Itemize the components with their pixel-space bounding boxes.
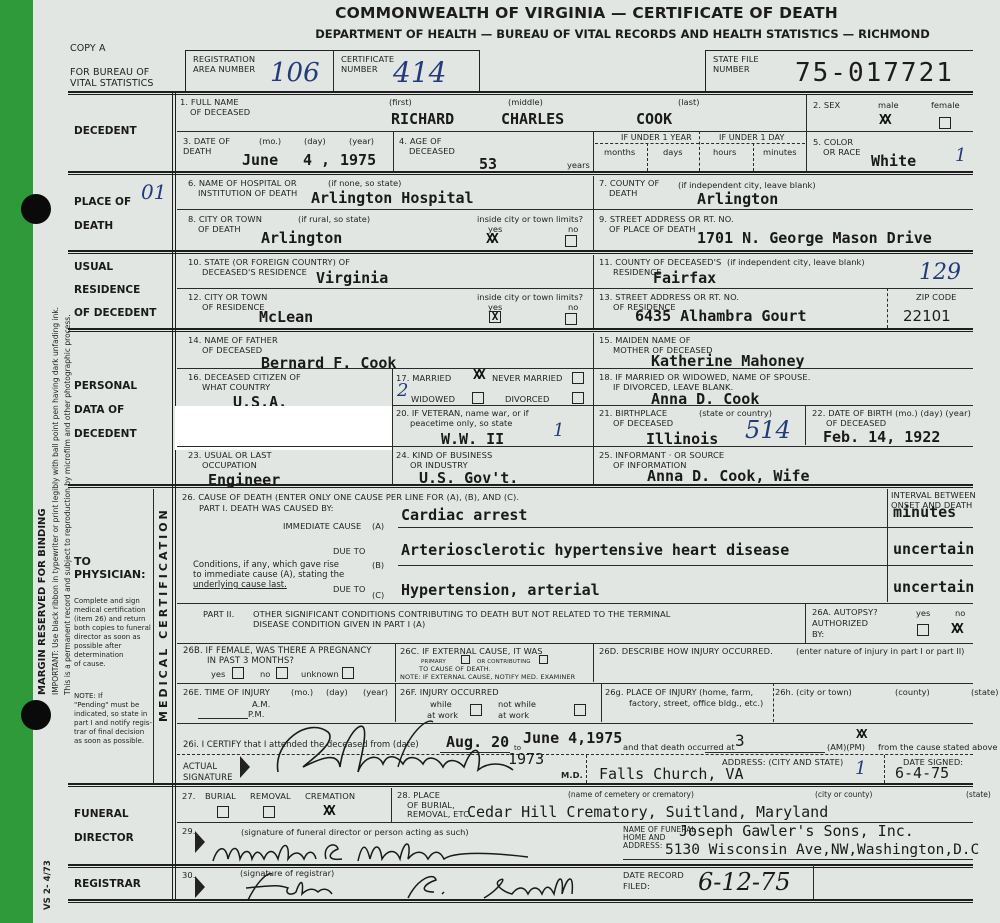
section-residence: RESIDENCE bbox=[74, 284, 140, 296]
autopsy-no-label: no bbox=[955, 608, 965, 618]
field-24-label: 24. KIND OF BUSINESSOR INDUSTRY bbox=[396, 450, 492, 470]
birth-date: Feb. 14, 1922 bbox=[823, 428, 940, 446]
registrar-signature bbox=[238, 870, 578, 902]
cemetery-hint: (name of cemetery or crematory) bbox=[568, 790, 694, 800]
residence-county: Fairfax bbox=[653, 269, 716, 287]
field-12-label: 12. CITY OR TOWNOF RESIDENCE bbox=[188, 292, 267, 312]
middle-name: CHARLES bbox=[501, 110, 564, 128]
section-usual: USUAL bbox=[74, 261, 113, 273]
married-checkbox[interactable]: XX bbox=[473, 368, 483, 383]
residence-inside-no-checkbox[interactable] bbox=[565, 313, 577, 325]
removal-label: REMOVAL bbox=[250, 791, 291, 801]
cause-b-marker: (B) bbox=[372, 560, 384, 570]
hours-label: hours bbox=[713, 147, 736, 157]
conditions-note: Conditions, if any, which gave riseto im… bbox=[193, 560, 344, 590]
burial-checkbox[interactable] bbox=[217, 806, 229, 818]
copy-for-label: FOR BUREAU OFVITAL STATISTICS bbox=[70, 67, 154, 89]
under-1-year-label: IF UNDER 1 YEAR bbox=[621, 133, 692, 143]
field-16-label: 16. DECEASED CITIZEN OFWHAT COUNTRY bbox=[188, 372, 301, 392]
pregnancy-unknown-checkbox[interactable] bbox=[342, 667, 354, 679]
date-filed-label: DATE RECORDFILED: bbox=[623, 870, 684, 892]
divorced-label: DIVORCED bbox=[505, 394, 549, 404]
widowed-label: WIDOWED bbox=[411, 394, 455, 404]
divorced-checkbox[interactable] bbox=[572, 392, 584, 404]
death-year: 1975 bbox=[340, 151, 376, 169]
years-label: years bbox=[567, 160, 590, 170]
inside-limits-label: inside city or town limits? bbox=[477, 214, 583, 224]
first-name-hint: (first) bbox=[389, 97, 412, 107]
pregnancy-yes-checkbox[interactable] bbox=[232, 667, 244, 679]
cause-b: Arteriosclerotic hypertensive heart dise… bbox=[401, 541, 789, 559]
field-7-hint: (if independent city, leave blank) bbox=[678, 180, 816, 190]
residence-inside-limits-label: inside city or town limits? bbox=[477, 292, 583, 302]
state-file-number: 75-017721 bbox=[795, 58, 954, 88]
informant: Anna D. Cook, Wife bbox=[647, 467, 810, 485]
autopsy-yes-label: yes bbox=[916, 608, 930, 618]
pending-note: NOTE: If"Pending" must beindicated, so s… bbox=[74, 692, 152, 746]
field-26d-hint: (enter nature of injury in part I or par… bbox=[796, 646, 964, 656]
contributing-checkbox[interactable] bbox=[539, 655, 548, 664]
state-file-label: STATE FILENUMBER bbox=[713, 54, 759, 74]
field-8-hint: (if rural, so state) bbox=[298, 214, 370, 224]
death-county: Arlington bbox=[697, 190, 778, 208]
binding-strip bbox=[0, 0, 33, 923]
pregnancy-unknown-label: unknown bbox=[301, 669, 339, 679]
hospital-name: Arlington Hospital bbox=[311, 189, 474, 207]
race: White bbox=[871, 152, 916, 170]
veteran-code: 1 bbox=[553, 420, 564, 441]
pregnancy-no-checkbox[interactable] bbox=[276, 667, 288, 679]
section-place-of-death: PLACE OF bbox=[74, 196, 131, 208]
physician-address: Falls Church, VA bbox=[599, 765, 744, 783]
section-decedent-2: DECEDENT bbox=[74, 428, 137, 440]
cause-a: Cardiac arrest bbox=[401, 506, 527, 524]
never-married-checkbox[interactable] bbox=[572, 372, 584, 384]
funeral-home-address: 5130 Wisconsin Ave,NW,Washington,D.C bbox=[665, 842, 979, 858]
am-label: A.M. bbox=[252, 699, 270, 709]
registration-number: 106 bbox=[270, 58, 320, 88]
due-to-c-label: DUE TO bbox=[333, 584, 366, 594]
certificate-title: COMMONWEALTH OF VIRGINIA — CERTIFICATE O… bbox=[33, 4, 1000, 22]
race-code: 1 bbox=[955, 145, 966, 166]
field-5-label: 5. COLOROR RACE bbox=[813, 137, 861, 157]
field-26b-label: 26b. IF FEMALE, WAS THERE A PREGNANCYIN … bbox=[183, 646, 372, 666]
age-years: 53 bbox=[479, 155, 497, 173]
pregnancy-yes-label: yes bbox=[211, 669, 225, 679]
field-11-hint: (if independent city, leave blank) bbox=[727, 257, 865, 267]
day-hint: (day) bbox=[304, 136, 326, 146]
due-to-b-label: DUE TO bbox=[333, 546, 366, 556]
field-26g-label: 26g. PLACE OF INJURY (home, farm,factory… bbox=[605, 687, 763, 709]
occupation: Engineer bbox=[208, 471, 280, 489]
date-filed: 6-12-75 bbox=[698, 868, 791, 896]
certificate-subtitle: DEPARTMENT OF HEALTH — BUREAU OF VITAL R… bbox=[33, 27, 1000, 41]
middle-name-hint: (middle) bbox=[508, 97, 543, 107]
punch-hole bbox=[21, 194, 51, 224]
redacted-field bbox=[175, 406, 392, 450]
field-18-label: 18. IF MARRIED OR WIDOWED, NAME OF SPOUS… bbox=[599, 372, 810, 392]
death-month: June bbox=[242, 151, 278, 169]
part-2-text: OTHER SIGNIFICANT CONDITIONS CONTRIBUTIN… bbox=[253, 609, 671, 629]
section-physician: PHYSICIAN: bbox=[74, 568, 146, 581]
field-26-label: 26. CAUSE OF DEATH (Enter only one cause… bbox=[182, 492, 519, 502]
cremation-checkbox[interactable]: XX bbox=[323, 804, 333, 819]
section-registrar: REGISTRAR bbox=[74, 878, 141, 890]
field-2-label: 2. SEX bbox=[813, 100, 840, 110]
section-of-decedent: OF DECEDENT bbox=[74, 307, 156, 319]
inside-limits-no-checkbox[interactable] bbox=[565, 235, 577, 247]
death-occurred-label: and that death occurred at bbox=[623, 742, 735, 752]
removal-checkbox[interactable] bbox=[263, 806, 275, 818]
mo-hint: (mo.) bbox=[259, 136, 281, 146]
death-city: Arlington bbox=[261, 229, 342, 247]
male-label: male bbox=[878, 100, 899, 110]
field-6-hint: (if none, so state) bbox=[328, 178, 401, 188]
immediate-cause-label: IMMEDIATE CAUSE bbox=[283, 521, 361, 531]
days-label: days bbox=[663, 147, 683, 157]
punch-hole bbox=[21, 700, 51, 730]
date-signed: 6-4-75 bbox=[895, 764, 949, 782]
father-name: Bernard F. Cook bbox=[261, 354, 396, 372]
physician-signature bbox=[268, 712, 528, 782]
sex-male-checkbox[interactable]: XX bbox=[879, 113, 889, 128]
residence-county-code: 129 bbox=[919, 260, 961, 285]
injury-year-hint: (year) bbox=[363, 687, 388, 697]
cremation-label: CREMATION bbox=[305, 791, 355, 801]
attended-to-date: June 4,1975 bbox=[523, 729, 622, 747]
funeral-home-name: Joseph Gawler's Sons, Inc. bbox=[679, 822, 914, 840]
registrar-signature-arrow-icon bbox=[195, 876, 205, 898]
section-data-of: DATA OF bbox=[74, 404, 124, 416]
cause-a-marker: (A) bbox=[372, 521, 384, 531]
months-label: months bbox=[604, 147, 635, 157]
zip-label: ZIP CODE bbox=[916, 292, 957, 302]
section-funeral: FUNERAL bbox=[74, 808, 129, 820]
field-21-label: 21. BIRTHPLACEOF DECEASED bbox=[599, 408, 673, 428]
under-1-day-label: IF UNDER 1 DAY bbox=[719, 133, 784, 143]
field-1-label: 1. FULL NAMEOF DECEASED bbox=[180, 97, 250, 117]
last-name: COOK bbox=[636, 110, 672, 128]
female-label: female bbox=[931, 100, 960, 110]
field-29-label: 29. bbox=[182, 826, 196, 836]
md-label: M.D. bbox=[561, 770, 583, 780]
not-while-at-work-checkbox[interactable] bbox=[574, 704, 586, 716]
field-7-label: 7. COUNTY OFDEATH bbox=[599, 178, 659, 198]
notify-examiner-note: NOTE: IF EXTERNAL CAUSE, NOTIFY MED. EXA… bbox=[400, 673, 575, 681]
state-hint: (state) bbox=[966, 790, 991, 800]
death-time: 3 bbox=[735, 731, 745, 750]
margin-important-note: IMPORTANT: Use black ribbon in typewrite… bbox=[51, 307, 61, 695]
medical-certification-label: MEDICAL CERTIFICATION bbox=[157, 507, 170, 722]
burial-label: BURIAL bbox=[205, 791, 236, 801]
physician-address-code: 1 bbox=[855, 758, 866, 779]
interval-a: minutes bbox=[893, 503, 956, 521]
field-26d-label: 26d. DESCRIBE HOW INJURY OCCURRED. bbox=[599, 646, 773, 656]
funeral-director-signature bbox=[208, 835, 538, 867]
pregnancy-no-label: no bbox=[260, 669, 270, 679]
interval-c: uncertain bbox=[893, 578, 974, 596]
minutes-label: minutes bbox=[763, 147, 797, 157]
am-pm-label: (AM)(PM) bbox=[827, 742, 865, 752]
injury-mo-hint: (mo.) bbox=[291, 687, 313, 697]
field-3-label: 3. DATE OFDEATH bbox=[183, 136, 230, 156]
field-26h-county: (county) bbox=[895, 687, 930, 697]
field-26f-label: 26f. INJURY OCCURRED bbox=[400, 687, 499, 697]
city-county-hint: (city or county) bbox=[815, 790, 872, 800]
part-2-label: PART II. bbox=[203, 609, 234, 619]
field-20-label: 20. IF VETERAN, name war, or ifpeacetime… bbox=[396, 408, 529, 428]
death-day: 4 , bbox=[303, 151, 330, 169]
field-26h-state: (state) bbox=[971, 687, 999, 697]
pm-label: P.M. bbox=[248, 709, 265, 719]
form-code: VS 2- 4/73 bbox=[43, 860, 53, 910]
from-cause-label: from the cause stated above bbox=[878, 742, 998, 752]
physician-instructions: Complete and signmedical certification(i… bbox=[74, 597, 151, 669]
residence-city: McLean bbox=[259, 308, 313, 326]
pm-mark: XX bbox=[856, 727, 864, 741]
to-cause-label: TO CAUSE OF DEATH. bbox=[419, 665, 491, 673]
residence-state: Virginia bbox=[316, 269, 388, 287]
inside-limits-yes-checkbox[interactable]: XX bbox=[486, 232, 496, 247]
residence-inside-yes-checkbox[interactable]: X bbox=[489, 311, 501, 323]
field-28-label: 28. PLACEOF BURIAL,REMOVAL, ETC. bbox=[397, 791, 472, 820]
field-26h-label: 26h. (city or town) bbox=[775, 687, 852, 697]
year-hint: (year) bbox=[349, 136, 374, 146]
industry: U.S. Gov't. bbox=[419, 469, 518, 487]
field-26c-label: 26c. IF EXTERNAL CAUSE, IT WAS bbox=[400, 646, 543, 656]
no-label: no bbox=[568, 224, 578, 234]
first-name: RICHARD bbox=[391, 110, 454, 128]
field-30-label: 30. bbox=[182, 870, 196, 880]
field-14-label: 14. NAME OF FATHEROF DECEASED bbox=[188, 335, 278, 355]
never-married-label: NEVER MARRIED bbox=[492, 373, 563, 383]
field-26e-label: 26e. TIME OF INJURY bbox=[183, 687, 270, 697]
section-to: TO bbox=[74, 555, 91, 568]
sex-female-checkbox[interactable] bbox=[939, 117, 951, 129]
place-code: 01 bbox=[141, 180, 166, 204]
marital-code: 2 bbox=[397, 380, 408, 401]
widowed-checkbox[interactable] bbox=[472, 392, 484, 404]
last-name-hint: (last) bbox=[678, 97, 699, 107]
part-1-label: PART I. DEATH WAS CAUSED BY: bbox=[199, 503, 334, 513]
section-director: DIRECTOR bbox=[74, 832, 134, 844]
copy-label: COPY A bbox=[70, 44, 106, 54]
field-22-label: 22. DATE OF BIRTH (mo.) (day) (year)OF D… bbox=[812, 408, 971, 428]
field-4-label: 4. AGE OFDECEASED bbox=[399, 136, 455, 156]
autopsy-no-checkbox[interactable]: XX bbox=[951, 622, 961, 637]
director-signature-arrow-icon bbox=[195, 831, 205, 853]
section-decedent: DECEDENT bbox=[74, 125, 137, 137]
margin-binding-note: MARGIN RESERVED FOR BINDING bbox=[37, 508, 48, 695]
primary-checkbox[interactable] bbox=[461, 655, 470, 664]
burial-place: Cedar Hill Crematory, Suitland, Maryland bbox=[467, 803, 828, 821]
section-death: DEATH bbox=[74, 220, 113, 232]
cause-c: Hypertension, arterial bbox=[401, 581, 600, 599]
autopsy-label: 26a. AUTOPSY?AUTHORIZEDBY: bbox=[812, 607, 878, 640]
certificate-number: 414 bbox=[393, 56, 446, 89]
field-23-label: 23. USUAL OR LASTOCCUPATION bbox=[188, 450, 272, 470]
certificate-label: CERTIFICATENUMBER bbox=[341, 54, 394, 74]
residence-street: 6435 Alhambra Gourt bbox=[635, 307, 807, 325]
death-certificate: MARGIN RESERVED FOR BINDING IMPORTANT: U… bbox=[33, 0, 1000, 923]
cause-c-marker: (C) bbox=[372, 590, 384, 600]
field-8-label: 8. CITY OR TOWNOF DEATH bbox=[188, 214, 262, 234]
section-personal: PERSONAL bbox=[74, 380, 137, 392]
zip-code: 22101 bbox=[903, 307, 951, 325]
field-27-label: 27. bbox=[182, 791, 196, 801]
margin-permanent-note: This is a permanent record and subject t… bbox=[63, 314, 73, 695]
field-6-label: 6. NAME OF HOSPITAL ORINSTITUTION OF DEA… bbox=[188, 178, 297, 198]
birthplace-code: 514 bbox=[745, 416, 791, 444]
death-street: 1701 N. George Mason Drive bbox=[697, 229, 932, 247]
injury-day-hint: (day) bbox=[326, 687, 348, 697]
residence-no-label: no bbox=[568, 302, 578, 312]
actual-signature-label: ACTUALSIGNATURE bbox=[183, 762, 233, 784]
registration-label: REGISTRATIONAREA NUMBER bbox=[193, 54, 255, 74]
signature-arrow-icon bbox=[240, 756, 250, 778]
interval-b: uncertain bbox=[893, 540, 974, 558]
autopsy-yes-checkbox[interactable] bbox=[917, 624, 929, 636]
